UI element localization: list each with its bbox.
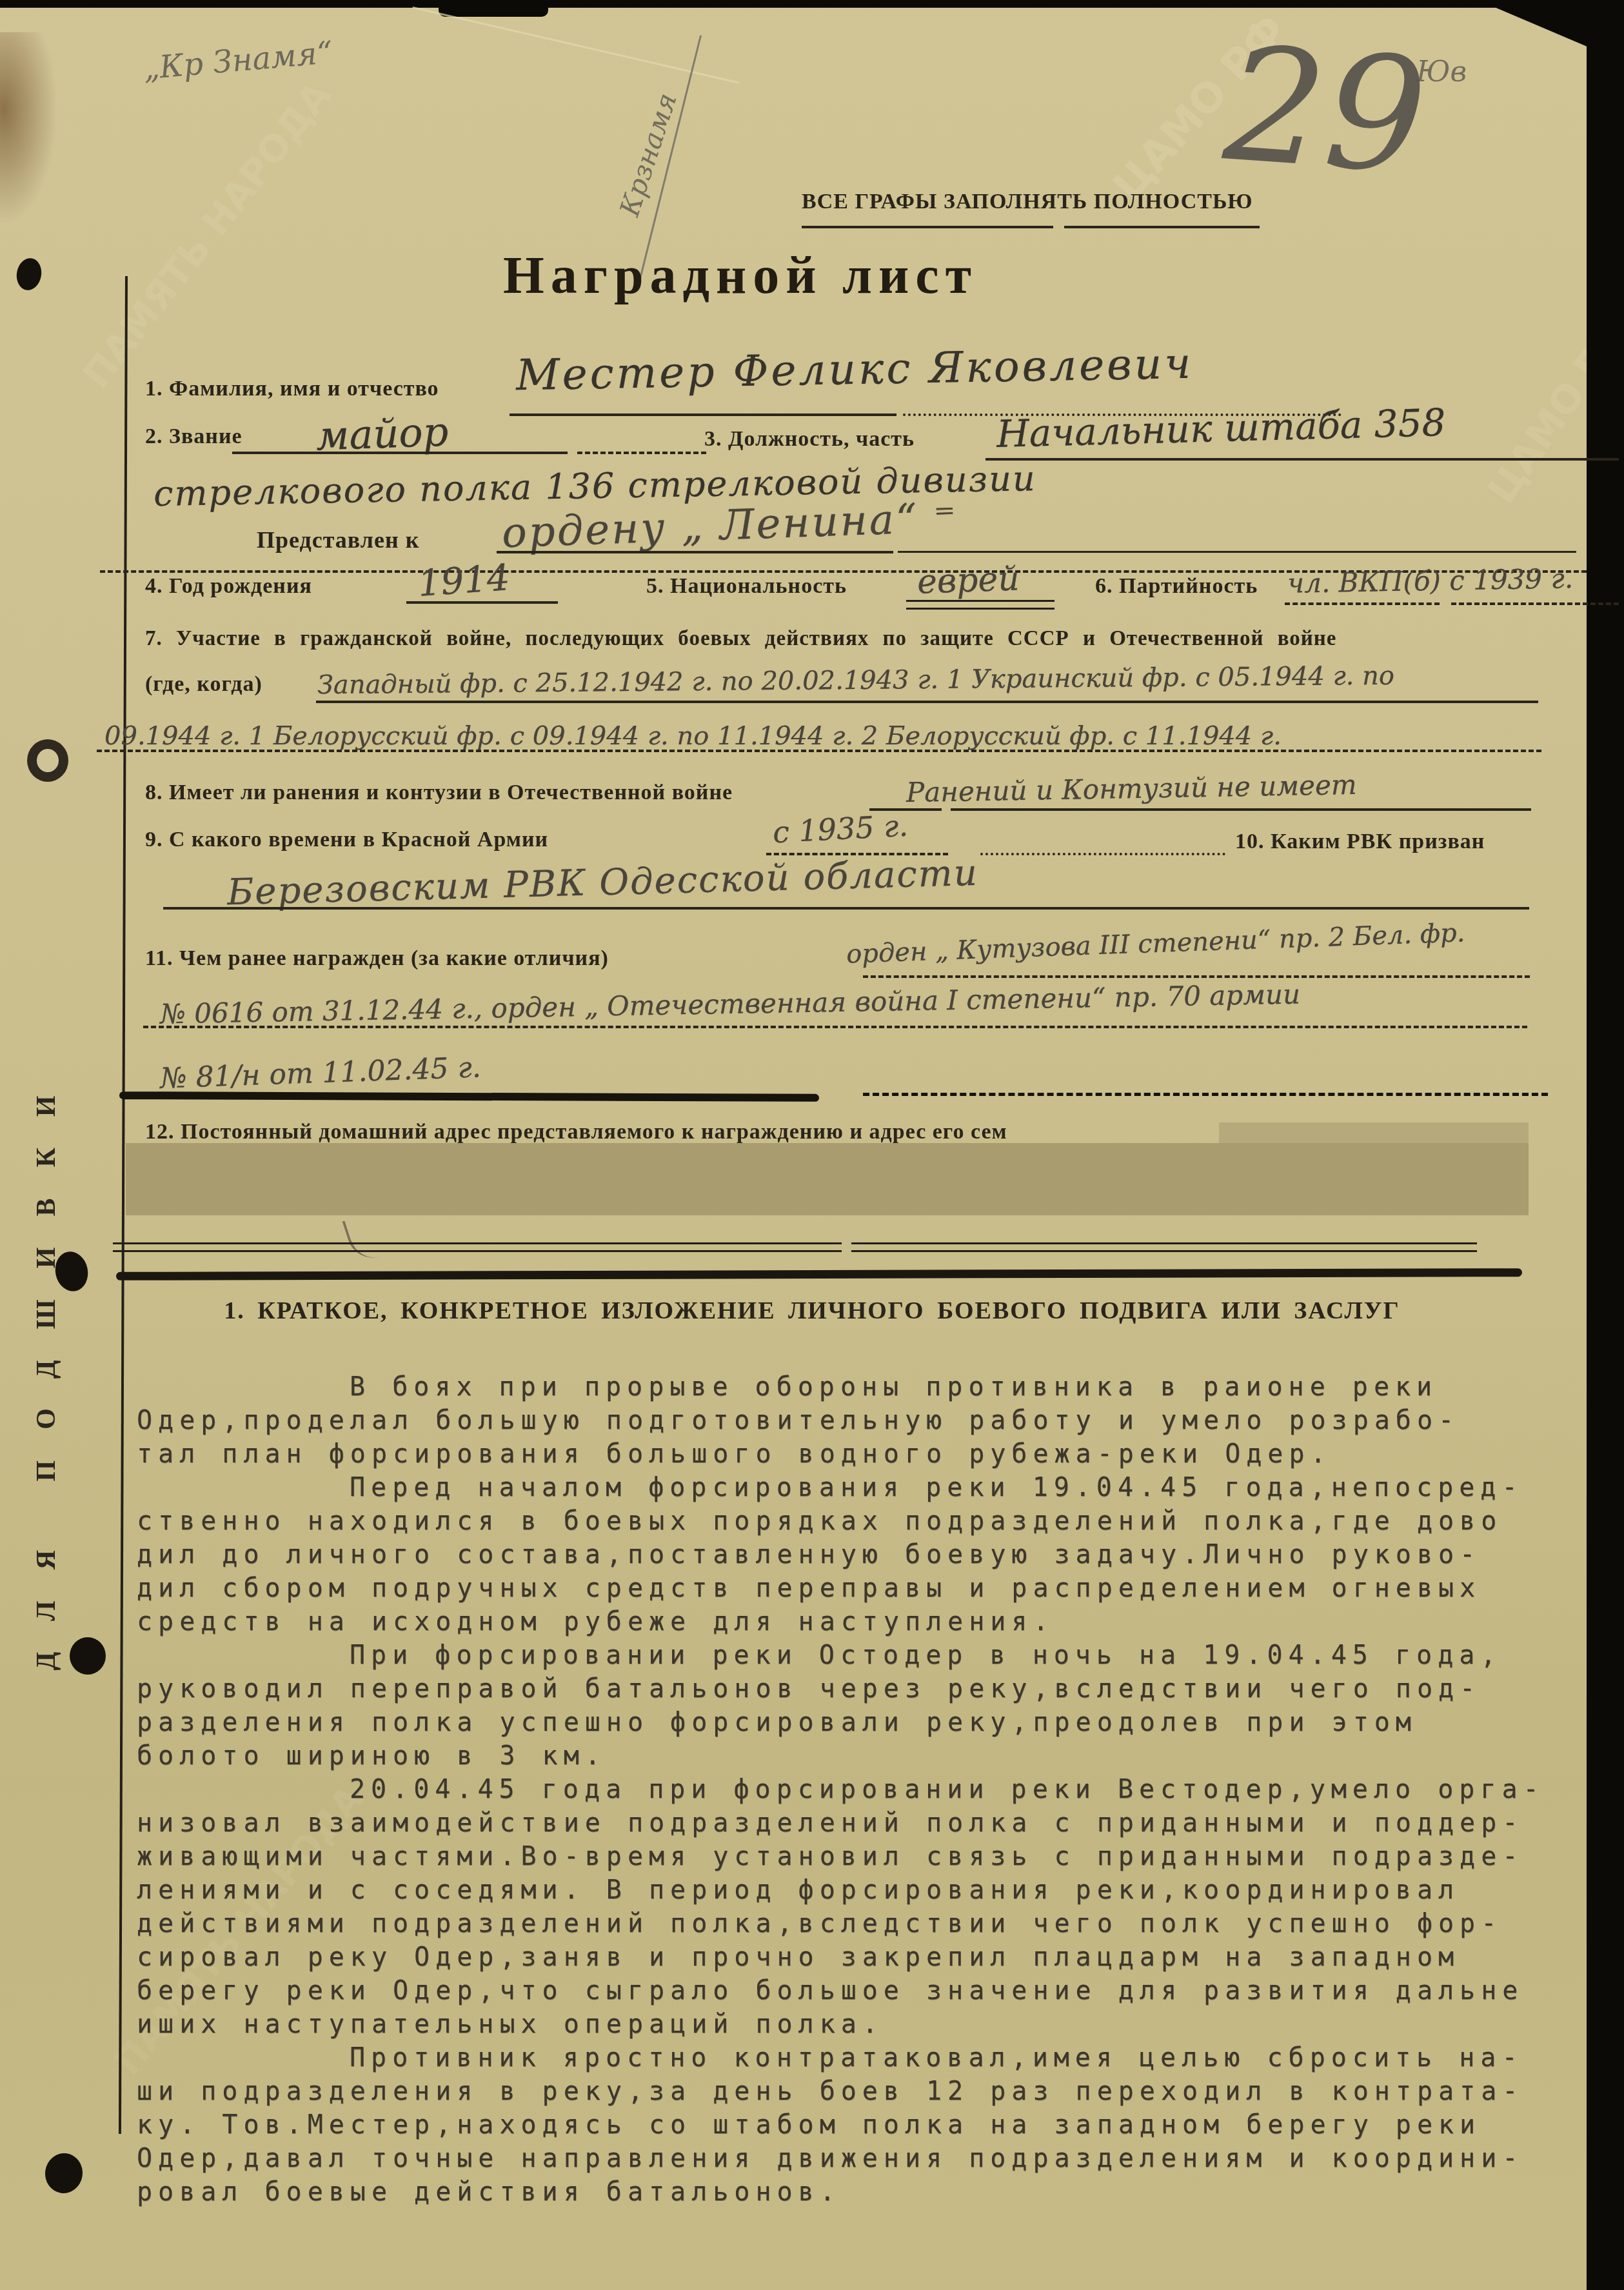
- citation-line: Противник яростно контратаковал,имея цел…: [137, 2041, 1545, 2075]
- instruction-underline: [802, 226, 1053, 228]
- section-1-heading: 1. КРАТКОЕ, КОНКРЕТНОЕ ИЗЛОЖЕНИЕ ЛИЧНОГО…: [0, 1297, 1624, 1325]
- citation-line: лениями и с соседями. В период форсирова…: [137, 1873, 1545, 1907]
- citation-line: средств на исходном рубеже для наступлен…: [137, 1605, 1545, 1638]
- field-8-underline-2: [951, 808, 1531, 811]
- citation-line: живающими частями.Во-время установил свя…: [137, 1840, 1545, 1873]
- punch-hole: [14, 256, 44, 292]
- field-10-value: Березовским РВК Одесской области: [226, 852, 978, 913]
- field-3-label: 3. Должность, часть: [704, 427, 915, 452]
- field-1-underline: [510, 413, 896, 416]
- citation-line: ку. Тов.Местер,находясь со штабом полка …: [137, 2108, 1545, 2142]
- field-7-underline-1: [316, 701, 1538, 703]
- punch-hole: [43, 2151, 85, 2195]
- field-11-value-line2: № 0616 от 31.12.44 г., орден „ Отечестве…: [160, 979, 1301, 1030]
- scan-corner-top-right: [1490, 5, 1590, 48]
- field-7-label: 7. Участие в гражданской войне, последую…: [145, 627, 1336, 651]
- heavy-ink-bar-dashes: [863, 1093, 1548, 1096]
- submitted-label: Представлен к: [257, 526, 419, 553]
- citation-line: ши подразделения в реку,за день боев 12 …: [137, 2075, 1545, 2108]
- field-11-value-line3: № 81/н от 11.02.45 г.: [159, 1051, 481, 1095]
- redaction-block-large: [126, 1143, 1529, 1215]
- citation-line: болото шириною в 3 км.: [137, 1739, 1545, 1773]
- field-2-underline-dash: [577, 452, 706, 454]
- field-11-value-line1: орден „ Кутузова III степени“ пр. 2 Бел.…: [846, 918, 1465, 969]
- citation-line: разделения полка успешно форсировали рек…: [137, 1706, 1545, 1739]
- field-5-underline: [906, 600, 1055, 610]
- scanned-award-sheet: ЦАМО РФ ПАМЯТЬ НАРОДА ЦАМО РФ ПАМЯТЬ НАР…: [0, 0, 1624, 2290]
- field-4-underline: [406, 601, 558, 604]
- field-7-value-line2: 09.1944 г. 1 Белорусский фр. с 09.1944 г…: [104, 721, 1282, 751]
- citation-line: ственно находился в боевых порядках подр…: [137, 1504, 1545, 1538]
- pencil-diagonal-note: Крзнамя: [599, 42, 698, 266]
- submitted-underline: [497, 551, 893, 553]
- field-7-value-line1: Западный фр. с 25.12.1942 г. по 20.02.19…: [317, 661, 1394, 701]
- field-11-underline-1: [863, 975, 1530, 978]
- field-11-underline-2: [143, 1026, 1527, 1028]
- field-10-underline: [163, 907, 1529, 910]
- field-6-label: 6. Партийность: [1095, 574, 1258, 599]
- citation-line: иших наступательных операций полка.: [137, 2007, 1545, 2041]
- citation-line: Одер,проделал большую подготовительную р…: [137, 1404, 1545, 1437]
- field-10-label: 10. Каким РВК призван: [1235, 830, 1485, 854]
- pencil-award-note: „Кр Знамя“: [142, 34, 334, 86]
- field-12-label: 12. Постоянный домашний адрес представля…: [145, 1120, 1007, 1144]
- citation-line: тал план форсирования большого водного р…: [137, 1437, 1545, 1471]
- field-5-label: 5. Национальность: [646, 574, 847, 599]
- scan-edge-right: [1587, 0, 1624, 2290]
- pencil-squiggle: [342, 1211, 386, 1264]
- citation-line: Перед началом форсирования реки 19.04.45…: [137, 1471, 1545, 1504]
- page-number: 29: [1219, 13, 1432, 210]
- field-4-label: 4. Год рождения: [145, 574, 312, 599]
- fill-all-fields-instruction: ВСЕ ГРАФЫ ЗАПОЛНЯТЬ ПОЛНОСТЬЮ: [802, 190, 1253, 214]
- field-9-underline-dots: [980, 853, 1225, 855]
- margin-filing-text: ДЛЯ ПОДШИВКИ: [31, 1055, 72, 1680]
- scan-edge-top-notch: [439, 0, 548, 17]
- citation-line: Одер,давал точные направления движения п…: [137, 2142, 1545, 2175]
- field-6-underline-2: [1451, 602, 1619, 605]
- stain: [0, 32, 58, 226]
- citation-line: 20.04.45 года при форсировании реки Вест…: [137, 1773, 1545, 1806]
- punch-hole-ring: [27, 739, 68, 782]
- citation-line: руководил переправой батальонов через ре…: [137, 1672, 1545, 1706]
- watermark-pamyat: ПАМЯТЬ НАРОДА: [74, 74, 340, 396]
- citation-line: действиями подразделений полка,вследстви…: [137, 1907, 1545, 1940]
- citation-line: сировал реку Одер,заняв и прочно закрепи…: [137, 1940, 1545, 1974]
- field-4-value: 1914: [417, 557, 511, 605]
- field-3-underline: [985, 458, 1619, 461]
- field-11-label: 11. Чем ранее награжден (за какие отличи…: [145, 946, 609, 971]
- citation-line: дил до личного состава,поставленную боев…: [137, 1538, 1545, 1571]
- punch-hole: [70, 1637, 106, 1675]
- field-1-label: 1. Фамилия, имя и отчество: [145, 377, 439, 401]
- field-3-value: Начальник штаба 358: [996, 401, 1446, 456]
- citation-line: В боях при прорыве обороны противника в …: [137, 1370, 1545, 1404]
- citation-line: При форсировании реки Остодер в ночь на …: [137, 1638, 1545, 1672]
- field-9-value: с 1935 г.: [772, 808, 909, 850]
- field-2-label: 2. Звание: [145, 424, 243, 449]
- field-8-label: 8. Имеет ли ранения и контузии в Отечест…: [145, 781, 733, 805]
- separator-double-rule: [851, 1242, 1477, 1252]
- scan-edge-top: [0, 0, 1624, 8]
- field-9-label: 9. С какого времени в Красной Армии: [145, 828, 548, 852]
- citation-line: берегу реки Одер,что сыграло большое зна…: [137, 1974, 1545, 2007]
- field-6-value: чл. ВКП(б) с 1939 г.: [1287, 563, 1574, 599]
- citation-line: дил сбором подручных средств переправы и…: [137, 1571, 1545, 1605]
- field-8-value: Ранений и Контузий не имеет: [906, 769, 1357, 808]
- field-6-underline: [1285, 602, 1440, 605]
- citation-line: низовал взаимодействие подразделений пол…: [137, 1806, 1545, 1840]
- citation-line: ровал боевые действия батальонов.: [137, 2175, 1545, 2209]
- field-7-underline-2: [97, 750, 1541, 752]
- citation-body: В боях при прорыве обороны противника в …: [137, 1370, 1545, 2209]
- separator-thick-rule: [116, 1268, 1522, 1280]
- heavy-ink-bar: [119, 1091, 819, 1102]
- redaction-block-small: [1219, 1122, 1529, 1144]
- field-7-label-where-when: (где, когда): [145, 672, 262, 697]
- document-title: Наградной лист: [503, 245, 978, 306]
- field-2-underline: [232, 452, 568, 454]
- field-1-value: Местер Феликс Яковлевич: [515, 339, 1193, 400]
- instruction-underline: [1064, 226, 1260, 228]
- field-5-value: еврей: [916, 559, 1020, 601]
- separator-double-rule: [113, 1242, 842, 1252]
- submitted-underline-2: [898, 551, 1576, 553]
